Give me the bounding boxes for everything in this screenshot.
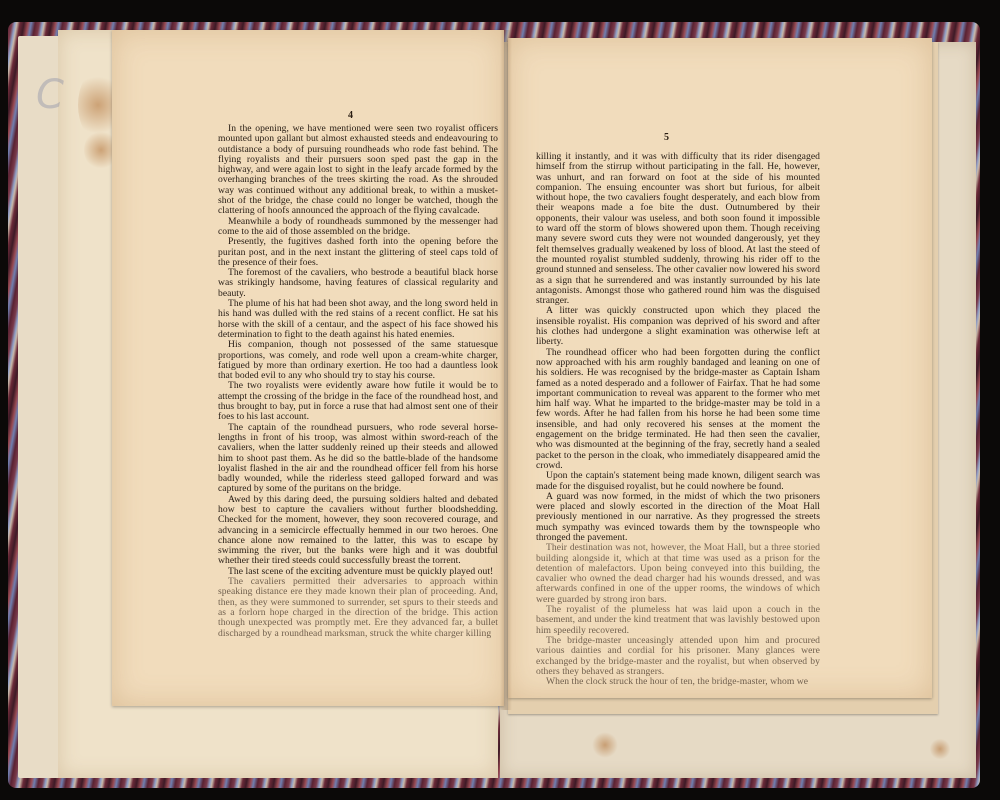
paragraph: The roundhead officer who had been forgo… (536, 348, 820, 472)
left-page: 4 In the opening, we have mentioned were… (112, 30, 504, 706)
paragraph: The royalist of the plumeless hat was la… (536, 605, 820, 636)
paragraph: Presently, the fugitives dashed forth in… (218, 237, 498, 268)
pencil-annotation: C (36, 72, 64, 118)
paragraph: The two royalists were evidently aware h… (218, 381, 498, 422)
paragraph: When the clock struck the hour of ten, t… (536, 677, 820, 687)
paragraph: Awed by this daring deed, the pursuing s… (218, 495, 498, 567)
paragraph: The cavaliers permitted their adversarie… (218, 577, 498, 639)
paragraph: In the opening, we have mentioned were s… (218, 124, 498, 217)
page-number: 5 (664, 132, 669, 143)
paragraph: The foremost of the cavaliers, who bestr… (218, 268, 498, 299)
right-page: 5 killing it instantly, and it was with … (508, 38, 932, 698)
paragraph: His companion, though not possessed of t… (218, 340, 498, 381)
paragraph: Their destination was not, however, the … (536, 543, 820, 605)
paragraph: Meanwhile a body of roundheads summoned … (218, 217, 498, 238)
paragraph: A litter was quickly constructed upon wh… (536, 306, 820, 347)
paragraph: A guard was now formed, in the midst of … (536, 492, 820, 543)
paragraph: Upon the captain's statement being made … (536, 471, 820, 492)
paragraph: The plume of his hat had been shot away,… (218, 299, 498, 340)
page-text: killing it instantly, and it was with di… (536, 152, 820, 687)
paragraph: The captain of the roundhead pursuers, w… (218, 423, 498, 495)
paragraph: killing it instantly, and it was with di… (536, 152, 820, 306)
paragraph: The bridge-master unceasingly attended u… (536, 636, 820, 677)
page-text: In the opening, we have mentioned were s… (218, 124, 498, 639)
book-gutter (500, 30, 512, 710)
page-number: 4 (348, 110, 353, 121)
